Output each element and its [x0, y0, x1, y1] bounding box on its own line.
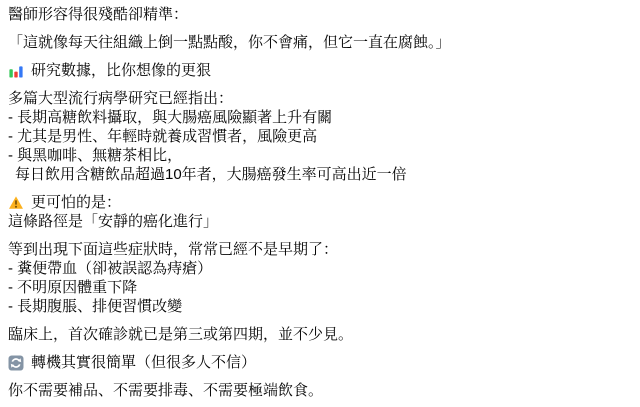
line-text: - 與黑咖啡、無糖茶相比，: [8, 146, 182, 165]
line-text: - 長期腹脹、排便習慣改變: [8, 297, 182, 316]
line-text: 這條路徑是「安靜的癌化進行」: [8, 212, 218, 231]
paragraph-doctor-quote: 「這就像每天往組織上倒一點點酸，你不會痛，但它一直在腐蝕。」: [8, 33, 632, 52]
line-text: - 尤其是男性、年輕時就養成習慣者，風險更高: [8, 127, 317, 146]
text-line: 多篇大型流行病學研究已經指出：: [8, 89, 632, 108]
line-text: - 糞便帶血（卻被誤認為痔瘡）: [8, 259, 212, 278]
line-text: 多篇大型流行病學研究已經指出：: [8, 89, 233, 108]
paragraph-research-heading: 研究數據，比你想像的更狠: [8, 61, 632, 80]
bullet-line: - 糞便帶血（卻被誤認為痔瘡）: [8, 259, 632, 278]
line-text: 醫師形容得很殘酷卻精準：: [8, 5, 188, 24]
bullet-line: - 與黑咖啡、無糖茶相比，: [8, 146, 632, 165]
bar-chart-icon: [8, 63, 24, 79]
bullet-line: - 不明原因體重下降: [8, 278, 632, 297]
paragraph-warning: 更可怕的是： 這條路徑是「安靜的癌化進行」: [8, 193, 632, 231]
paragraph-clinical: 臨床上，首次確診就已是第三或第四期，並不少見。: [8, 325, 632, 344]
line-text: - 長期高糖飲料攝取，與大腸癌風險顯著上升有關: [8, 108, 332, 127]
refresh-icon: [8, 355, 24, 371]
warning-heading-line: 更可怕的是：: [8, 193, 632, 212]
bullet-line: - 長期腹脹、排便習慣改變: [8, 297, 632, 316]
bullet-line: - 長期高糖飲料攝取，與大腸癌風險顯著上升有關: [8, 108, 632, 127]
text-line: 等到出現下面這些症狀時，常常已經不是早期了：: [8, 240, 632, 259]
text-line: 醫師形容得很殘酷卻精準：: [8, 5, 632, 24]
line-text: 每日飲用含糖飲品超過10年者，大腸癌發生率可高出近一倍: [15, 165, 407, 184]
paragraph-turnaround-heading: 轉機其實很簡單（但很多人不信）: [8, 353, 632, 372]
paragraph-closing: 你不需要補品、不需要排毒、不需要極端飲食。: [8, 381, 632, 400]
paragraph-doctor-quote-intro: 醫師形容得很殘酷卻精準：: [8, 5, 632, 24]
text-line: 「這就像每天往組織上倒一點點酸，你不會痛，但它一直在腐蝕。」: [8, 33, 632, 52]
line-text: 臨床上，首次確診就已是第三或第四期，並不少見。: [8, 325, 353, 344]
warning-icon: [8, 195, 24, 211]
paragraph-symptoms: 等到出現下面這些症狀時，常常已經不是早期了： - 糞便帶血（卻被誤認為痔瘡） -…: [8, 240, 632, 316]
text-line: 這條路徑是「安靜的癌化進行」: [8, 212, 632, 231]
line-text: 轉機其實很簡單（但很多人不信）: [31, 353, 256, 372]
line-text: - 不明原因體重下降: [8, 278, 137, 297]
post-body: 醫師形容得很殘酷卻精準： 「這就像每天往組織上倒一點點酸，你不會痛，但它一直在腐…: [0, 0, 640, 400]
bullet-line: - 尤其是男性、年輕時就養成習慣者，風險更高: [8, 127, 632, 146]
bullet-continuation-line: 每日飲用含糖飲品超過10年者，大腸癌發生率可高出近一倍: [8, 165, 632, 184]
line-text: 研究數據，比你想像的更狠: [31, 61, 211, 80]
research-heading-line: 研究數據，比你想像的更狠: [8, 61, 632, 80]
text-line: 你不需要補品、不需要排毒、不需要極端飲食。: [8, 381, 632, 400]
line-text: 「這就像每天往組織上倒一點點酸，你不會痛，但它一直在腐蝕。」: [8, 33, 451, 52]
line-text: 更可怕的是：: [31, 193, 121, 212]
text-line: 臨床上，首次確診就已是第三或第四期，並不少見。: [8, 325, 632, 344]
paragraph-study-findings: 多篇大型流行病學研究已經指出： - 長期高糖飲料攝取，與大腸癌風險顯著上升有關 …: [8, 89, 632, 184]
line-text: 你不需要補品、不需要排毒、不需要極端飲食。: [8, 381, 323, 400]
turnaround-heading-line: 轉機其實很簡單（但很多人不信）: [8, 353, 632, 372]
line-text: 等到出現下面這些症狀時，常常已經不是早期了：: [8, 240, 338, 259]
